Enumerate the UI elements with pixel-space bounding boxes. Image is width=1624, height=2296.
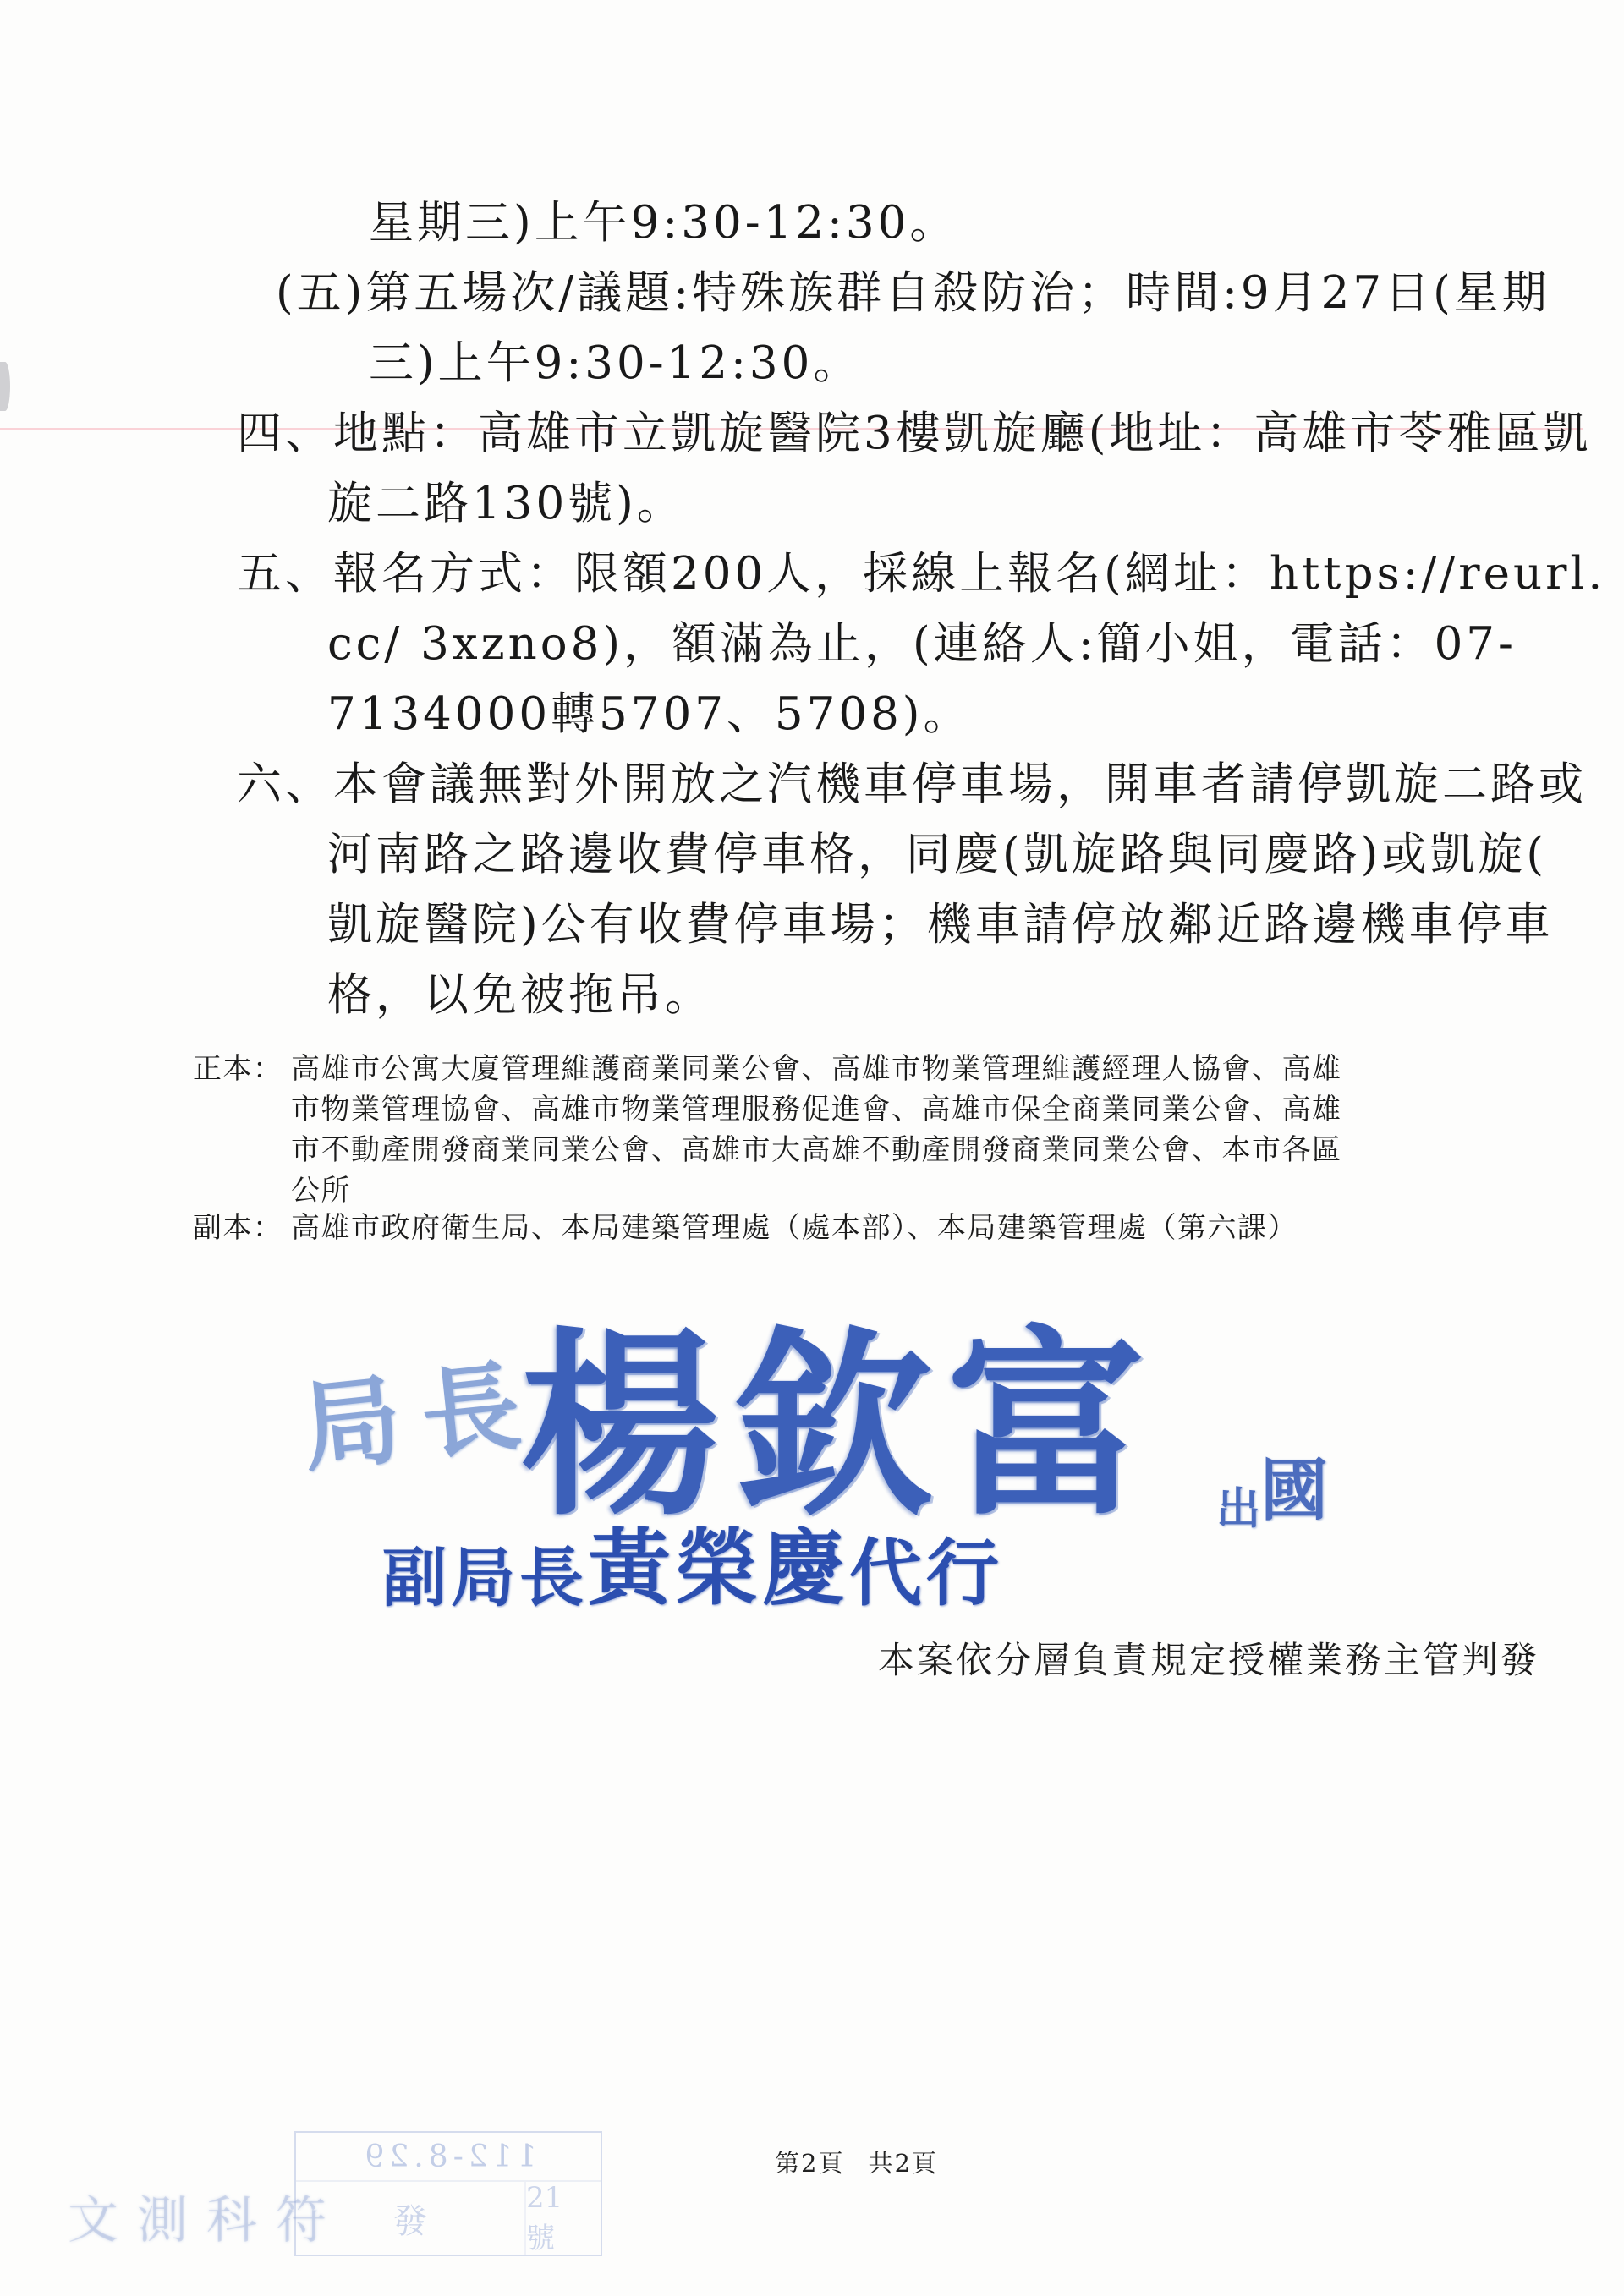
- carbon-copy-recipients-line: 高雄市政府衛生局、本局建築管理處（處本部）、本局建築管理處（第六課）: [291, 1208, 1298, 1248]
- original-copy-label: 正本：: [193, 1049, 283, 1089]
- abroad-stamp-char: 國: [1260, 1450, 1328, 1530]
- document-line: cc/ 3xzno8)，額滿為止，(連絡人:簡小姐，電話：07-: [327, 609, 1605, 679]
- document-line: 凱旋醫院)公有收費停車場；機車請停放鄰近路邊機車停車: [327, 890, 1605, 960]
- abroad-stamp: 出國: [1216, 1436, 1328, 1537]
- page-number: 第2頁: [775, 2149, 844, 2178]
- director-name-signature-stamp: 楊欽富: [520, 1266, 1160, 1553]
- document-page: 星期三)上午9:30-12:30。 (五)第五場次/議題:特殊族群自殺防治；時間…: [0, 0, 1624, 2296]
- deputy-acting-suffix: 代行: [849, 1537, 1003, 1610]
- faint-bleed-through-text: 文測科符: [68, 2180, 345, 2253]
- document-line: 7134000轉5707、5708)。: [327, 679, 1605, 749]
- page-number-footer: 第2頁共2頁: [775, 2145, 938, 2179]
- scan-artifact-smudge: [0, 362, 10, 411]
- delegation-authority-note: 本案依分層負責規定授權業務主管判發: [878, 1632, 1539, 1684]
- original-copy-recipients-line: 市不動產開發商業同業公會、高雄市大高雄不動產開發商業同業公會、本市各區: [291, 1130, 1342, 1170]
- document-line: 星期三)上午9:30-12:30。: [369, 188, 1605, 258]
- document-line: 格，以免被拖吊。: [327, 960, 1605, 1030]
- original-copy-recipients-line: 公所: [291, 1170, 351, 1211]
- document-line: 四、地點：高雄市立凱旋醫院3樓凱旋廳(地址：高雄市苓雅區凱: [237, 398, 1605, 469]
- document-line: 六、本會議無對外開放之汽機車停車場，開車者請停凱旋二路或: [237, 749, 1605, 819]
- document-line: 三)上午9:30-12:30。: [369, 328, 1605, 398]
- deputy-director-stamp: 副局長黃榮慶代行: [382, 1527, 1003, 1610]
- document-line: 旋二路130號)。: [327, 469, 1605, 539]
- deputy-title: 副局長: [382, 1546, 588, 1610]
- deputy-name: 黃榮慶: [588, 1527, 849, 1610]
- document-body: 星期三)上午9:30-12:30。 (五)第五場次/議題:特殊族群自殺防治；時間…: [237, 188, 1605, 1030]
- abroad-stamp-char: 出: [1216, 1483, 1260, 1535]
- document-line: 五、報名方式：限額200人，採線上報名(網址：https://reurl.: [237, 539, 1605, 609]
- faint-stamp-cell: 21 號: [526, 2182, 601, 2255]
- page-total: 共2頁: [868, 2149, 937, 2178]
- original-copy-recipients-line: 高雄市公寓大廈管理維護商業同業公會、高雄市物業管理維護經理人協會、高雄: [291, 1049, 1342, 1089]
- document-line: 河南路之路邊收費停車格，同慶(凱旋路與同慶路)或凱旋(: [327, 819, 1605, 890]
- faint-stamp-date: 112-8.29: [296, 2133, 601, 2182]
- carbon-copy-label: 副本：: [193, 1208, 283, 1248]
- original-copy-recipients-line: 市物業管理協會、高雄市物業管理服務促進會、高雄市保全商業同業公會、高雄: [291, 1089, 1342, 1130]
- document-line: (五)第五場次/議題:特殊族群自殺防治；時間:9月27日(星期: [276, 258, 1605, 328]
- director-title-stamp: 局長: [294, 1326, 548, 1492]
